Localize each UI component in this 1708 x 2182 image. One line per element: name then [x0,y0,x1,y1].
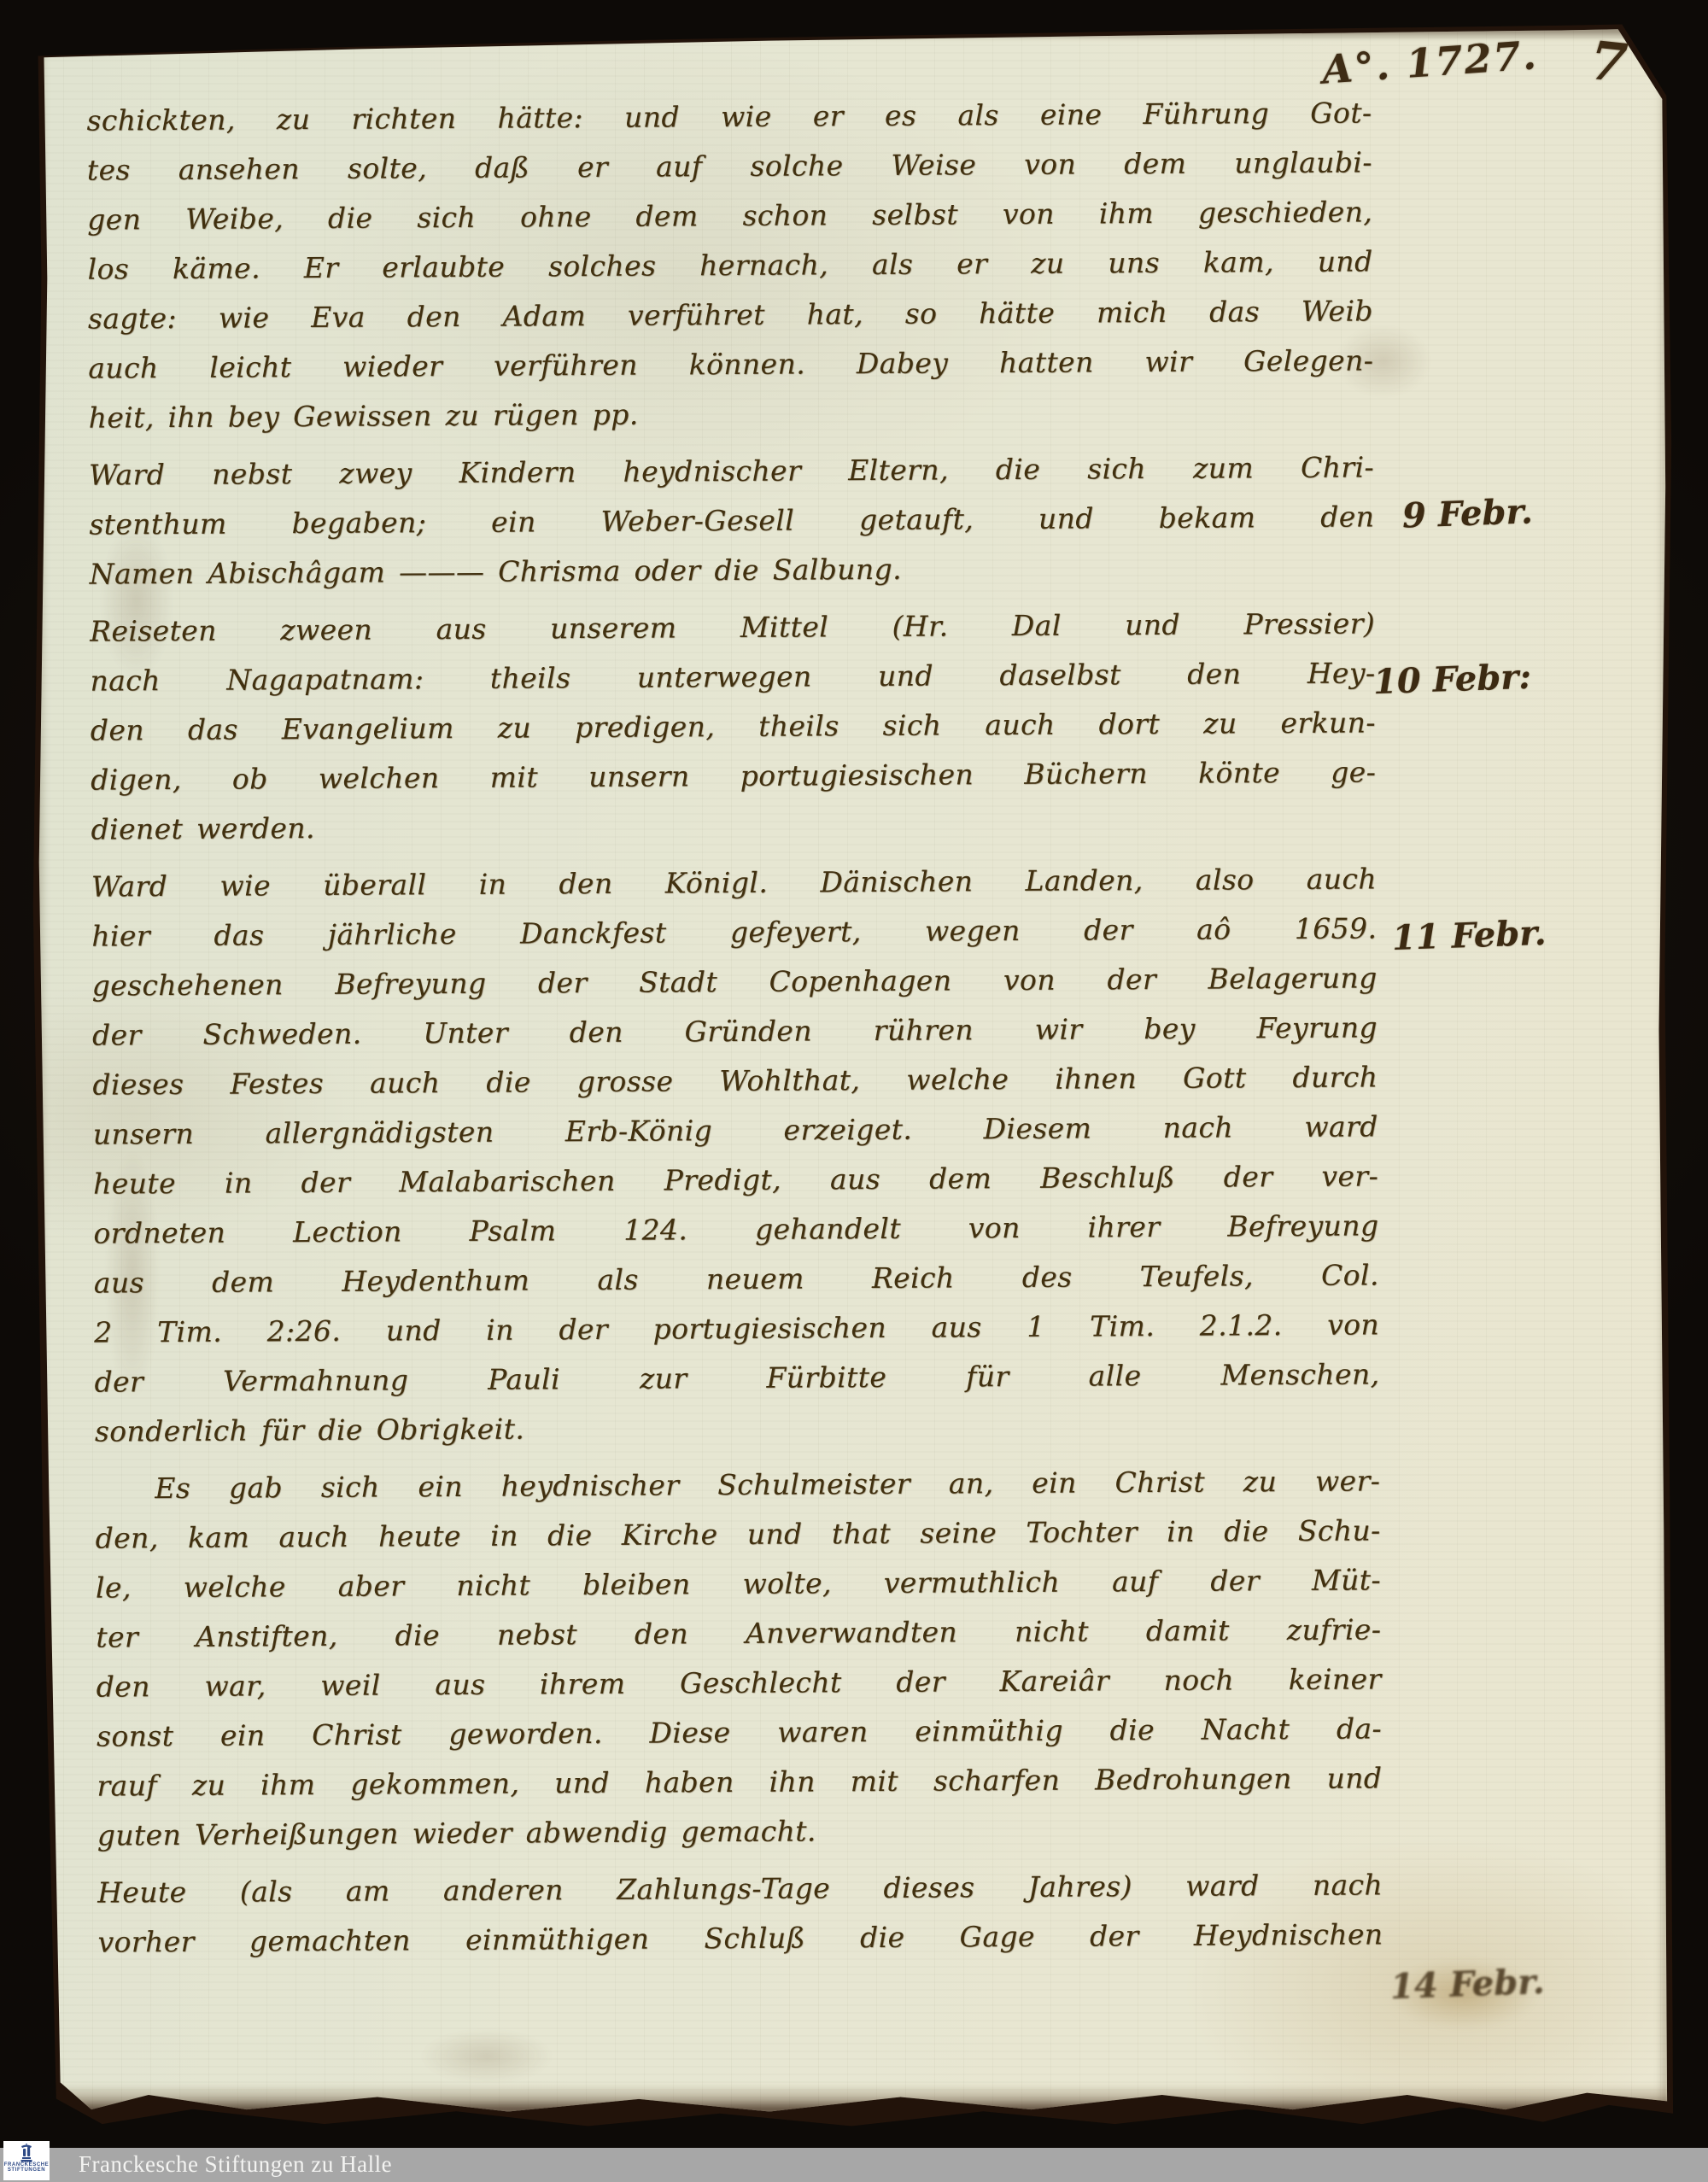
manuscript-line: der Vermahnung Pauli zur Fürbitte für al… [94,1349,1379,1407]
paper-burnt-bottom-edge [34,2085,1669,2114]
margin-date-10-febr: 10 Febr: [1372,657,1532,702]
manuscript-line: ordneten Lection Psalm 124. gehandelt vo… [93,1201,1378,1258]
manuscript-line: aus dem Heydenthum als neuem Reich des T… [94,1250,1379,1307]
manuscript-line: heute in der Malabarischen Predigt, aus … [93,1151,1378,1208]
manuscript-line: rauf zu ihm gekommen, und haben ihn mit … [97,1753,1382,1811]
manuscript-line: dieses Festes auch die grosse Wohlthat, … [92,1052,1378,1109]
page-number: 7 [1587,29,1630,95]
paper-top-edge [34,28,1669,40]
francke-statue-icon [18,2144,35,2162]
institution-name: Franckesche Stiftungen zu Halle [79,2151,392,2178]
manuscript-line: le, welche aber nicht bleiben wolte, ver… [96,1555,1381,1612]
manuscript-line: schickten, zu richten hätte: und wie er … [86,88,1372,145]
ink-bleed-spot [393,2018,581,2095]
margin-date-9-febr: 9 Febr. [1401,491,1533,535]
paper-left-edge [34,28,48,2114]
manuscript-line: sagte: wie Eva den Adam verführet hat, s… [88,286,1373,343]
manuscript-line: Reiseten zween aus unserem Mittel (Hr. D… [90,599,1375,656]
manuscript-line: heit, ihn bey Gewissen zu rügen pp. [88,385,1373,442]
manuscript-line: der Schweden. Unter den Gründen rühren w… [92,1003,1378,1060]
manuscript-line: unsern allergnädigsten Erb-König erzeige… [93,1102,1378,1159]
manuscript-line: guten Verheißungen wieder abwendig gemac… [97,1803,1383,1860]
margin-date-14-febr: 14 Febr. [1389,1962,1545,2007]
paper-right-edge [1657,28,1669,2114]
manuscript-line: geschehenen Befreyung der Stadt Copenhag… [92,953,1378,1010]
margin-date-11-febr: 11 Febr. [1391,913,1547,958]
manuscript-line: sonderlich für die Obrigkeit. [95,1399,1380,1456]
manuscript-line: stenthum begaben; ein Weber-Gesell getau… [89,492,1374,549]
manuscript-line: den war, weil aus ihrem Geschlecht der K… [97,1654,1382,1711]
manuscript-line: ter Anstiften, die nebst den Anverwandte… [96,1605,1381,1662]
manuscript-line: sonst ein Christ geworden. Diese waren e… [97,1704,1382,1761]
manuscript-line: hier das jährliche Danckfest gefeyert, w… [91,904,1377,961]
manuscript-line: den das Evangelium zu predigen, theils s… [91,698,1376,755]
manuscript-line: Ward nebst zwey Kindern heydnischer Elte… [89,442,1374,500]
manuscript-line: den, kam auch heute in die Kirche und th… [95,1506,1380,1563]
manuscript-line: digen, ob welchen mit unsern portugiesis… [91,747,1376,804]
scan-stage: A°. 1727. 7 schickten, zu richten hätte:… [0,0,1708,2182]
manuscript-line: gen Weibe, die sich ohne dem schon selbs… [87,187,1372,244]
manuscript-line: Ward wie überall in den Königl. Dänische… [91,854,1377,911]
manuscript-line: dienet werden. [91,797,1376,854]
manuscript-line: Es gab sich ein heydnischer Schulmeister… [95,1456,1380,1513]
manuscript-line: nach Nagapatnam: theils unterwegen und d… [90,648,1375,705]
manuscript-line: tes ansehen solte, daß er auf solche Wei… [87,137,1372,195]
logo-caption-line2: STIFTUNGEN [8,2167,45,2173]
manuscript-line: Heute (als am anderen Zahlungs-Tage dies… [97,1860,1383,1917]
manuscript-line: vorher gemachten einmüthigen Schluß die … [97,1910,1383,1967]
viewer-footer-bar: FRANCKESCHE STIFTUNGEN Franckesche Stift… [0,2139,1708,2182]
manuscript-line: los käme. Er erlaubte solches hernach, a… [87,237,1372,294]
institution-logo: FRANCKESCHE STIFTUNGEN [3,2141,50,2180]
manuscript-text-block: schickten, zu richten hätte: und wie er … [86,88,1383,1967]
manuscript-line: Namen Abischâgam ——— Chrisma oder die Sa… [90,541,1375,599]
manuscript-line: auch leicht wieder verführen können. Dab… [88,336,1373,393]
manuscript-line: 2 Tim. 2:26. und in der portugiesischen … [94,1300,1379,1357]
